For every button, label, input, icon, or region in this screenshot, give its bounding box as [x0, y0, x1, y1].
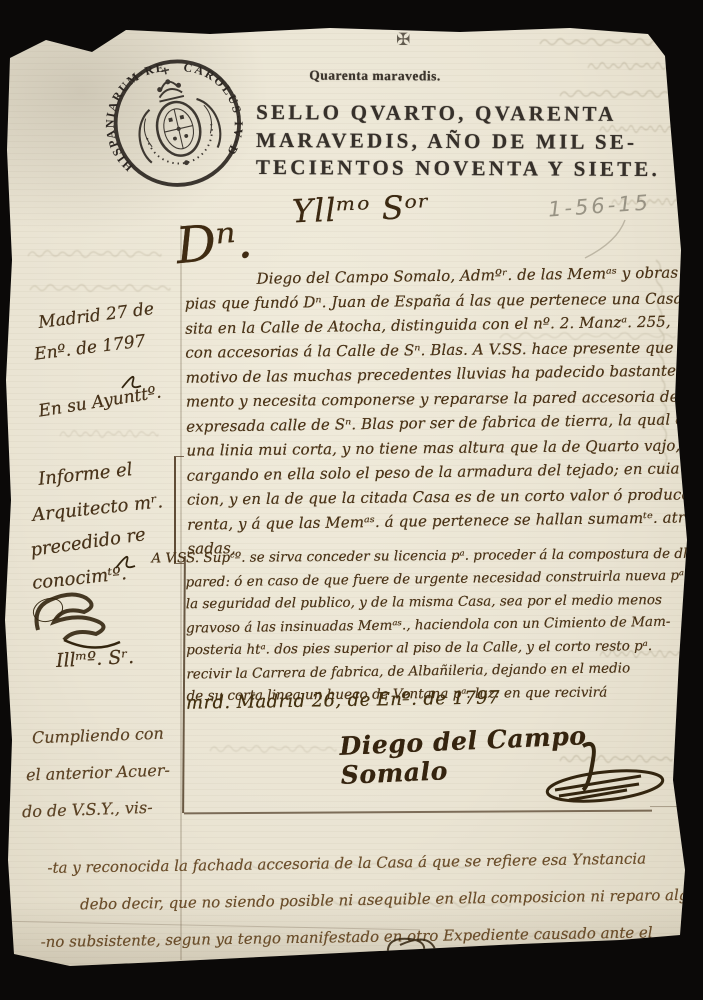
document-page: ✠ Quarenta maravedis. SELLO QVARTO, QVAR…: [0, 0, 703, 1000]
signature-rubric: [525, 738, 675, 808]
tax-stamp-small-line: Quarenta maravedis.: [300, 67, 450, 84]
margin-flourish: [112, 548, 138, 574]
bottom-rubric: [340, 925, 470, 980]
tax-stamp-line-1: SELLO QVARTO, QVARENTA: [256, 99, 660, 129]
tax-stamp-line-2: MARAVEDIS, AÑO DE MIL SE-: [256, 126, 660, 156]
margin-salutation: Illᵐº. Sʳ.: [55, 646, 134, 672]
tax-stamp-line-3: TECIENTOS NOVENTA Y SIETE.: [256, 154, 660, 184]
petition-request: A V.SS. Supᶜº. se sirva conceder su lice…: [185, 543, 694, 708]
tax-stamp-text: SELLO QVARTO, QVARENTA MARAVEDIS, AÑO DE…: [256, 99, 661, 184]
petition-body: Diego del Campo Somalo, Admºʳ. de las Me…: [184, 261, 695, 560]
cross-ornament-icon: ✠: [396, 30, 410, 50]
photo-background: ✠ Quarenta maravedis. SELLO QVARTO, QVAR…: [0, 0, 703, 1000]
margin-flourish: [118, 368, 144, 394]
salutation: Yllᵐᵒ Sᵒʳ: [291, 188, 430, 231]
seal-coat-of-arms: [133, 93, 226, 174]
pencil-mark: [575, 215, 635, 265]
